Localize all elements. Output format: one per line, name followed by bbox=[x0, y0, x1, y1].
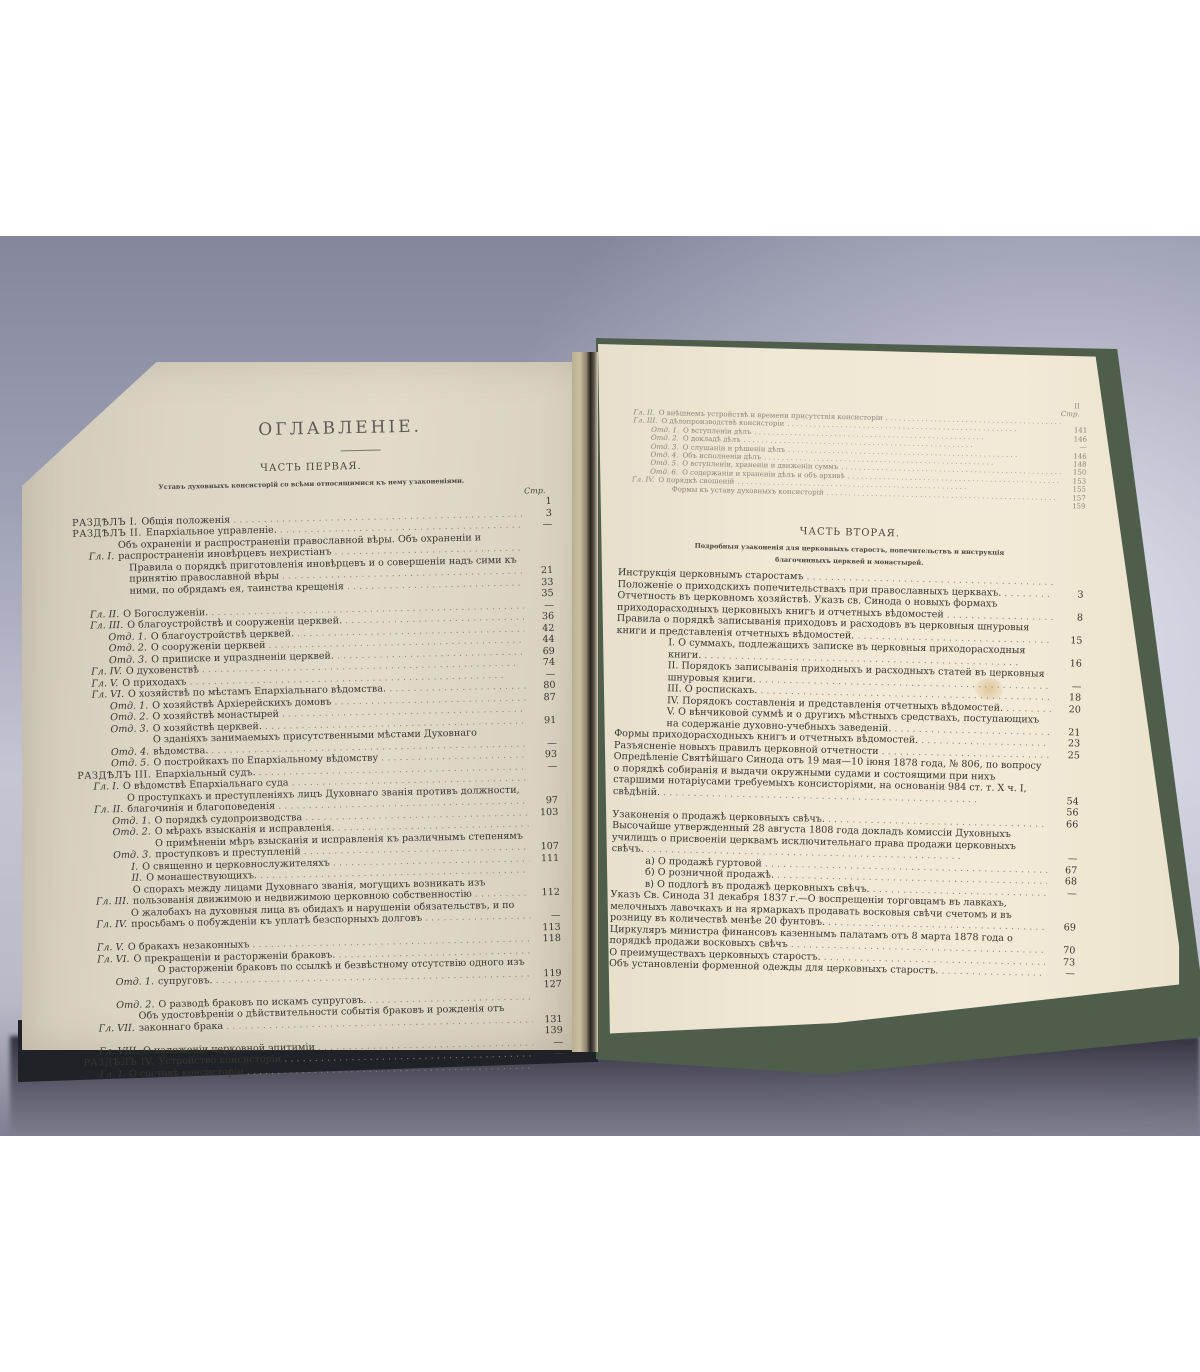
continued-toc: Стр. Гл. II.О внѣшнемъ устройствѣ и врем… bbox=[616, 400, 1088, 511]
left-page-content: ОГЛАВЛЕНІЕ. ЧАСТЬ ПЕРВАЯ. Уставъ духовны… bbox=[70, 414, 564, 1081]
toc-list-continued: Гл. II.О внѣшнемъ устройствѣ и времени п… bbox=[616, 408, 1088, 511]
part-two: ЧАСТЬ ВТОРАЯ. Подробныя узаконенія для ц… bbox=[605, 522, 1085, 980]
title-rule bbox=[341, 450, 381, 452]
toc-list-left: 1 РАЗДѢЛЪ I.Общія положенія3 РАЗДѢЛЪ II.… bbox=[72, 496, 564, 1081]
book-spine bbox=[572, 352, 598, 1052]
right-page-content: II Стр. Гл. II.О внѣшнемъ устройствѣ и в… bbox=[605, 392, 1088, 980]
toc-list-right: Инструкція церковнымъ старостамъ Положен… bbox=[605, 567, 1084, 980]
